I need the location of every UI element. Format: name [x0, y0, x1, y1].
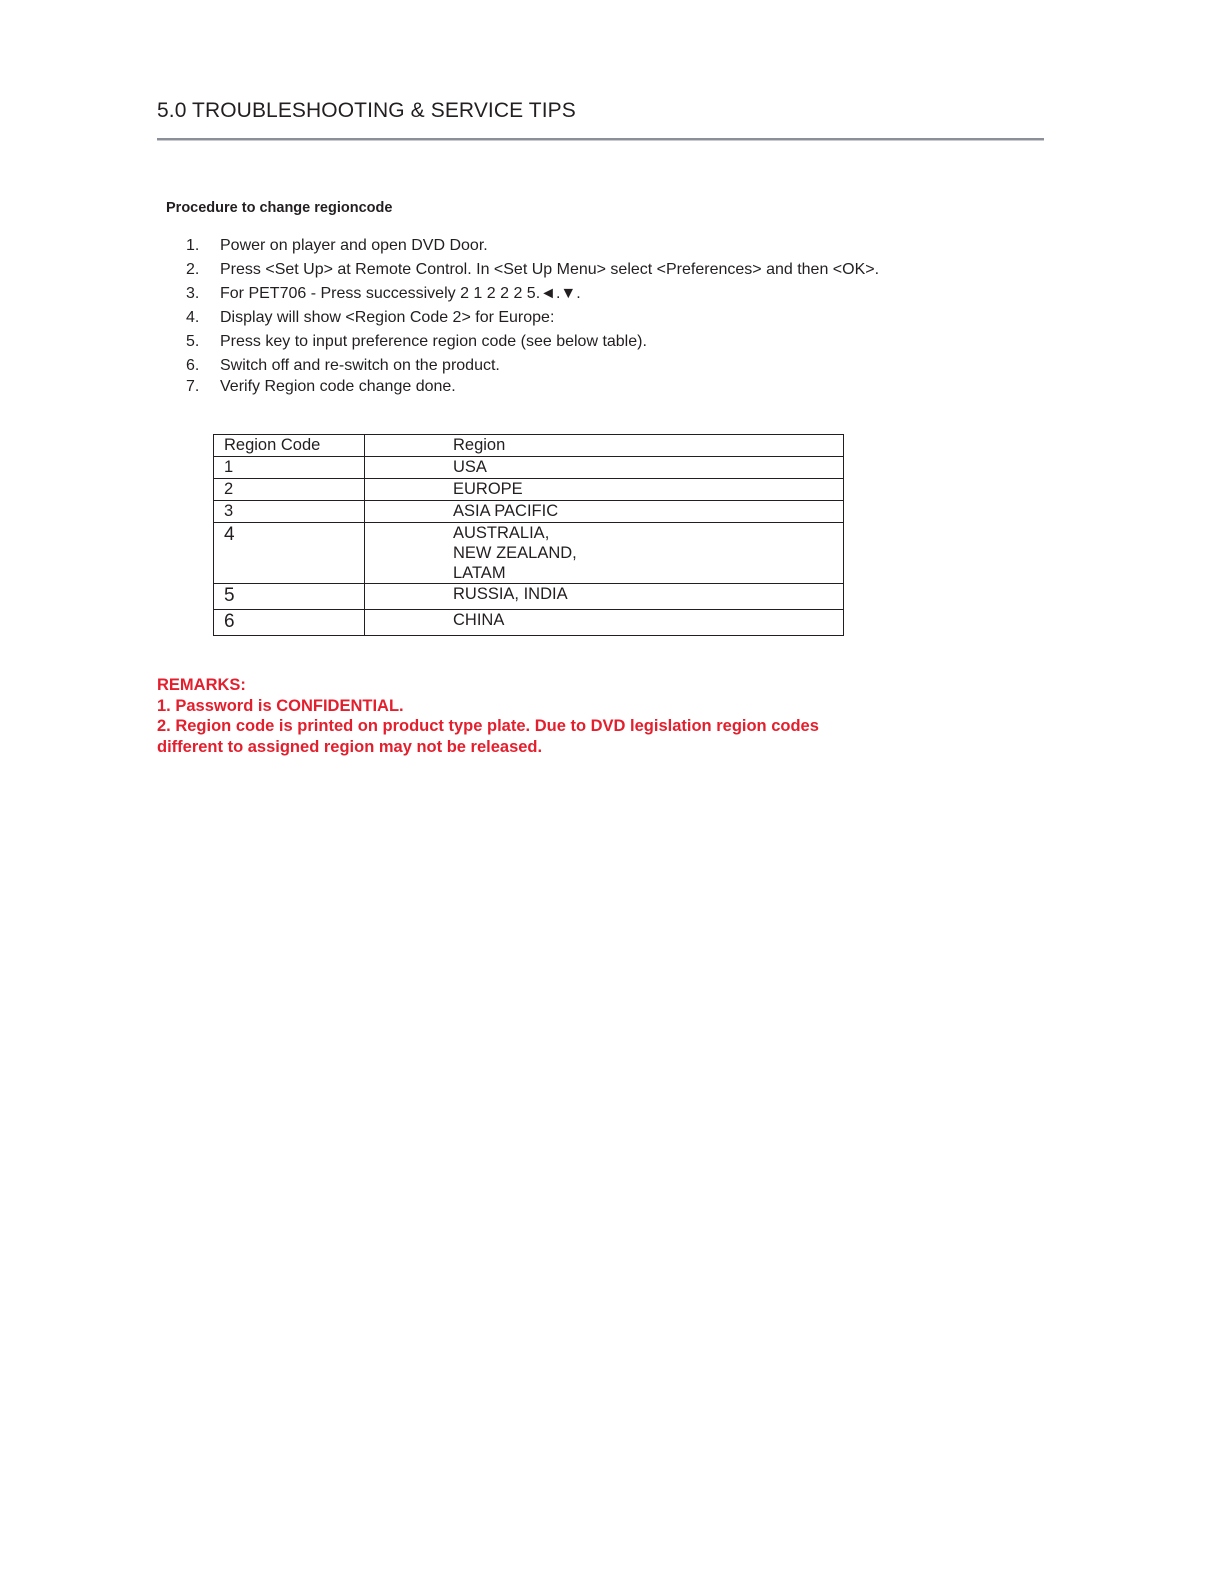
step-number: 3.: [186, 284, 220, 308]
step-item: 3.For PET706 - Press successively 2 1 2 …: [186, 284, 879, 308]
region-cell: AUSTRALIA, NEW ZEALAND, LATAM: [365, 523, 844, 584]
step-text: Verify Region code change done.: [220, 377, 456, 401]
region-code-cell: 1: [214, 457, 365, 479]
remark-item: 2. Region code is printed on product typ…: [157, 716, 819, 737]
table-row: 5 RUSSIA, INDIA: [214, 584, 844, 610]
table-row: 6 CHINA: [214, 610, 844, 636]
step-item: 1.Power on player and open DVD Door.: [186, 236, 879, 260]
step-text: Power on player and open DVD Door.: [220, 236, 488, 260]
region-line: AUSTRALIA,: [453, 523, 843, 543]
step-item: 7.Verify Region code change done.: [186, 377, 879, 401]
region-cell: ASIA PACIFIC: [365, 501, 844, 523]
region-code-cell: 2: [214, 479, 365, 501]
step-item: 4.Display will show <Region Code 2> for …: [186, 308, 879, 332]
step-text: For PET706 - Press successively 2 1 2 2 …: [220, 284, 581, 308]
step-number: 7.: [186, 377, 220, 401]
step-number: 2.: [186, 260, 220, 284]
table-row: 1 USA: [214, 457, 844, 479]
step-number: 6.: [186, 356, 220, 377]
region-cell: RUSSIA, INDIA: [365, 584, 844, 610]
column-header-region: Region: [365, 435, 844, 457]
region-line: NEW ZEALAND,: [453, 543, 843, 563]
remark-item: different to assigned region may not be …: [157, 737, 819, 758]
step-number: 4.: [186, 308, 220, 332]
table-header-row: Region Code Region: [214, 435, 844, 457]
region-cell: CHINA: [365, 610, 844, 636]
region-code-cell: 4: [214, 523, 365, 584]
procedure-heading: Procedure to change regioncode: [166, 200, 392, 216]
region-line: LATAM: [453, 563, 843, 583]
region-code-cell: 3: [214, 501, 365, 523]
table-row: 3 ASIA PACIFIC: [214, 501, 844, 523]
procedure-steps: 1.Power on player and open DVD Door. 2.P…: [186, 236, 879, 401]
step-text: Press <Set Up> at Remote Control. In <Se…: [220, 260, 879, 284]
page-title: 5.0 TROUBLESHOOTING & SERVICE TIPS: [157, 99, 576, 123]
table-row: 4 AUSTRALIA, NEW ZEALAND, LATAM: [214, 523, 844, 584]
step-text: Switch off and re-switch on the product.: [220, 356, 500, 377]
region-cell: EUROPE: [365, 479, 844, 501]
step-number: 1.: [186, 236, 220, 260]
region-code-cell: 6: [214, 610, 365, 636]
region-cell: USA: [365, 457, 844, 479]
region-code-table: Region Code Region 1 USA 2 EUROPE 3 ASIA…: [213, 434, 844, 636]
remarks-title: REMARKS:: [157, 675, 819, 696]
step-text: Press key to input preference region cod…: [220, 332, 647, 356]
title-divider: [157, 138, 1044, 141]
region-code-cell: 5: [214, 584, 365, 610]
remarks-block: REMARKS: 1. Password is CONFIDENTIAL. 2.…: [157, 675, 819, 757]
table-row: 2 EUROPE: [214, 479, 844, 501]
step-text: Display will show <Region Code 2> for Eu…: [220, 308, 554, 332]
remark-item: 1. Password is CONFIDENTIAL.: [157, 696, 819, 717]
step-item: 6.Switch off and re-switch on the produc…: [186, 356, 879, 377]
step-item: 2.Press <Set Up> at Remote Control. In <…: [186, 260, 879, 284]
step-number: 5.: [186, 332, 220, 356]
step-item: 5.Press key to input preference region c…: [186, 332, 879, 356]
column-header-region-code: Region Code: [214, 435, 365, 457]
